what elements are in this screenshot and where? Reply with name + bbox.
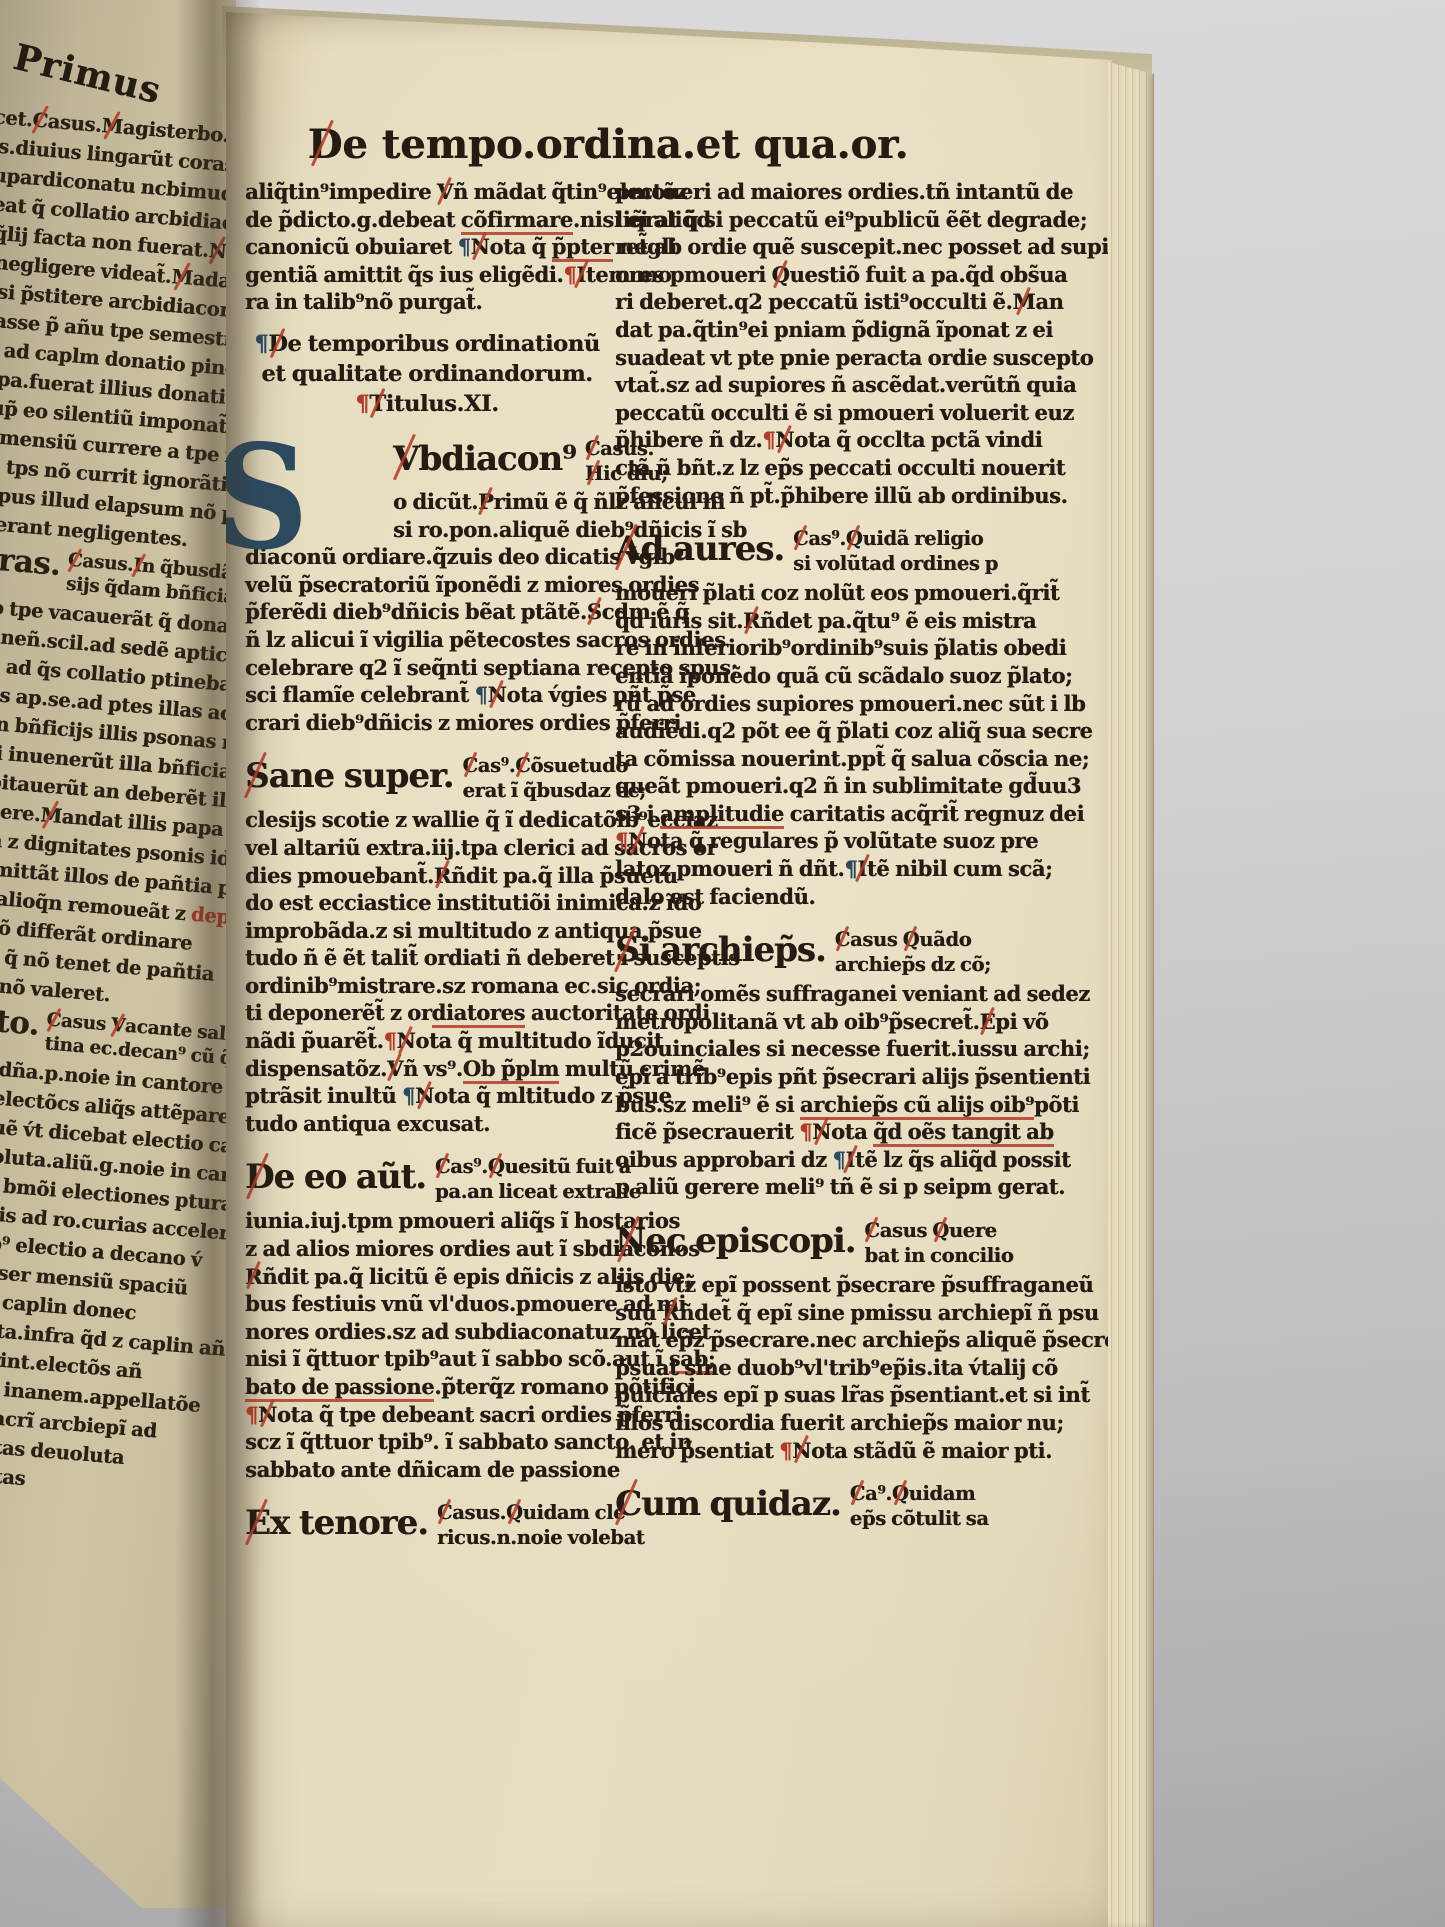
- red-slashed-capital: H: [585, 461, 603, 486]
- red-slashed-capital: R: [662, 1299, 679, 1327]
- rubric-red-mark: ¶: [355, 391, 369, 417]
- paragraph: pmoueri ad maiores ordies.tñ intantũ del…: [615, 178, 1011, 509]
- text-line: archiep̃s dz cõ;: [835, 952, 991, 977]
- text-line: isto vtz̃ epĩ possent p̃secrare p̃suffra…: [615, 1271, 1011, 1299]
- text-line: tudo ñ ẽ ẽt talit̃ ordiati ñ deberet ĩ s…: [245, 944, 609, 972]
- chapter: Si archiep̃s.Casus Quãdoarchiep̃s dz cõ;…: [615, 927, 1011, 1201]
- text-line: bus.sz meli⁹ ẽ si archiep̃s cũ alijs oib…: [615, 1091, 1011, 1119]
- red-slashed-capital: A: [615, 526, 640, 572]
- red-underlined-text: q̃d oẽs tangit ab: [873, 1119, 1054, 1147]
- rubric-blue-mark: ¶: [402, 1083, 415, 1108]
- text-line: ¶Nota q̃ tpe debeant sacri ordies p̃ferr…: [245, 1401, 609, 1429]
- red-slashed-capital: R: [245, 1263, 262, 1291]
- text-line: mero p̃sentiat ¶Nota stãdũ ẽ maior pti.: [615, 1437, 1011, 1465]
- chapter-incipit: Nec episcopi.: [615, 1218, 855, 1264]
- text-line: puiciales epĩ p suas lr̃as p̃sentiant.et…: [615, 1381, 1011, 1409]
- text-line: ricus.n.noie volebat: [437, 1525, 644, 1550]
- text-line: ores pmoueri Questiõ fuit a pa.q̃d obs̃u…: [615, 261, 1011, 289]
- red-underlined-text: archiep̃s cũ alijs oib⁹: [800, 1092, 1034, 1120]
- red-slashed-capital: Q: [892, 1481, 909, 1506]
- text-line: ret̃ ab ordie quẽ suscepit.nec posset ad…: [615, 233, 1011, 261]
- red-slashed-capital: R: [743, 607, 760, 635]
- chapter-incipit: dilecto.: [0, 998, 40, 1042]
- text-line: gentiã amittit q̃s ius eligẽdi.¶Item mo: [245, 261, 609, 289]
- red-slashed-capital: C: [67, 549, 83, 574]
- red-slashed-capital: V: [387, 1055, 403, 1083]
- chapter-incipit: Sane super.: [245, 753, 453, 799]
- left-page-text-fragments: icet.Casus.Magisterbo.cõqsus.diuius ling…: [0, 102, 236, 1506]
- red-slashed-capital: C: [615, 1481, 641, 1527]
- red-slashed-capital: M: [170, 262, 194, 293]
- text-line: ordinib⁹mistrare.sz romana ec.sic ordia;: [245, 972, 609, 1000]
- red-slashed-capital: E: [245, 1500, 270, 1546]
- text-line: ri deberet.q2 peccatũ isti⁹occulti ẽ.Man: [615, 288, 1011, 316]
- red-slashed-capital: C: [793, 526, 808, 551]
- red-slashed-capital: Q: [488, 1154, 505, 1179]
- text-line: ¶Nota q̃ regulares p̃ volũtate suoz pre: [615, 827, 1011, 855]
- red-slashed-capital: N: [628, 827, 647, 855]
- chapter-incipit: Si archiep̃s.: [615, 927, 826, 973]
- text-line: Cas⁹.Quesitũ fuit a: [435, 1154, 641, 1179]
- text-line: nãdi p̃uarẽt̃.¶Nota q̃ multitudo ĩducit: [245, 1027, 609, 1055]
- red-slashed-capital: M: [1012, 288, 1035, 316]
- text-line: secrari omẽs suffraganei veniant ad sede…: [615, 980, 1011, 1008]
- text-line: peccatũ occulti ẽ si pmoueri voluerit eu…: [615, 399, 1011, 427]
- text-line: p aliũ gerere meli⁹ tñ ẽ si p seipm gera…: [615, 1173, 1011, 1201]
- red-underlined-text: Ob p̃plm: [463, 1056, 559, 1084]
- text-line: Rñdit pa.q̃ licitũ ẽ epis dñicis z alijs…: [245, 1263, 609, 1291]
- rubric-blue-mark: ¶: [458, 234, 471, 259]
- red-slashed-capital: N: [488, 681, 507, 709]
- text-line: do est ecciastice institutiõi inimica.z …: [245, 889, 609, 917]
- chapter-incipit: tteras.: [0, 539, 62, 582]
- chapter-heading: Ad aures.Cas⁹.Quidã religiosi volũtad or…: [615, 526, 1011, 576]
- text-line: dispensatõz.Vñ vs⁹.Ob p̃plm multũ crimẽ: [245, 1055, 609, 1083]
- red-slashed-capital: C: [585, 436, 600, 461]
- text-line: p̃ferẽdi dieb⁹dñicis bẽat ptãtẽ.Scdm ẽ q…: [245, 598, 609, 626]
- text-line: nores ordies.sz ad subdiaconatuz nõ lice…: [245, 1318, 609, 1346]
- text-column-left: aliq̃tin⁹impedire Vñ mãdat q̃tin⁹electõz…: [245, 178, 609, 1563]
- casus-sidenote: Casus Querebat in concilio: [864, 1218, 1013, 1268]
- red-slashed-capital: C: [46, 1008, 62, 1033]
- chapter: De eo aũt.Cas⁹.Quesitũ fuit apa.an licea…: [245, 1154, 609, 1483]
- rubric-red-mark: ¶: [779, 1438, 792, 1463]
- red-slashed-capital: N: [415, 1082, 434, 1110]
- red-slashed-capital: D: [308, 122, 343, 168]
- text-line: rũ ad ordies supiores pmoueri.nec sũt i …: [615, 690, 1011, 718]
- text-line: suadeat vt pte pnie peracta ordie suscep…: [615, 344, 1011, 372]
- red-slashed-capital: V: [393, 436, 418, 482]
- running-header: De tempo.ordina.et qua.or.: [284, 122, 932, 168]
- red-slashed-capital: Q: [506, 1500, 523, 1525]
- text-line: mãt ep̃z p̃secrare.nec archiep̃s aliquẽ …: [615, 1326, 1011, 1354]
- red-slashed-capital: S: [587, 598, 602, 626]
- red-slashed-capital: N: [812, 1118, 831, 1146]
- text-line: ctã ñ bñt.z lz ep̃s peccati occulti noue…: [615, 454, 1011, 482]
- drop-cap-initial: S: [215, 432, 307, 564]
- red-slashed-capital: E: [979, 1008, 995, 1036]
- text-line: et qualitate ordinandorum.: [245, 359, 609, 389]
- chapter-incipit: Cum quidaz.: [615, 1481, 841, 1527]
- text-line: p̃hibere ñ dz.¶Nota q̃ occlta pctã vindi: [615, 426, 1011, 454]
- red-slashed-capital: M: [39, 800, 63, 831]
- text-line: oibus approbari dz ¶Itẽ lz q̃s aliq̃d po…: [615, 1146, 1011, 1174]
- chapter-heading: Sane super.Cas⁹.Cõsuetudoerat ĩ q̃busdaz…: [245, 753, 609, 803]
- text-line: re in inferiorib⁹ordinib⁹suis p̃latis ob…: [615, 634, 1011, 662]
- red-slashed-capital: C: [435, 1154, 450, 1179]
- text-line: suũ Rñdet̃ q̃ epĩ sine pmissu archiepĩ ñ…: [615, 1299, 1011, 1327]
- text-line: ñ lz alicui ĩ vigilia pẽtecostes sacros …: [245, 626, 609, 654]
- rubric-blue-mark: ¶: [475, 682, 488, 707]
- text-line: si ro.pon.aliquẽ dieb⁹dñicis ĩ sb: [393, 516, 609, 544]
- text-line: audiẽdi.q2 põt ee q̃ p̃lati coz aliq̃ su…: [615, 717, 1011, 745]
- red-slashed-capital: V: [110, 1014, 126, 1039]
- text-line: q̃d iuris sit.Rñdet pa.q̃tu⁹ ẽ eis mistr…: [615, 607, 1011, 635]
- text-line: dalo est faciendũ.: [615, 883, 1011, 911]
- chapter-heading: Cum quidaz.Ca⁹.Quidamep̃s cõtulit sa: [615, 1481, 1011, 1531]
- chapter-incipit: Ad aures.: [615, 526, 784, 572]
- red-underlined-text: diatores: [432, 1000, 525, 1028]
- chapter-heading: Nec episcopi.Casus Querebat in concilio: [615, 1218, 1011, 1268]
- text-line: metropolitanã vt ab oib⁹p̃secret̃.Epi võ: [615, 1008, 1011, 1036]
- red-slashed-capital: C: [437, 1500, 452, 1525]
- paragraph: aliq̃tin⁹impedire Vñ mãdat q̃tin⁹electõz…: [245, 178, 609, 316]
- text-line: illos discordia fuerit archiep̃s maior n…: [615, 1409, 1011, 1437]
- casus-sidenote: Cas⁹.Quidã religiosi volũtad ordines p: [793, 526, 998, 576]
- text-line: vtat̃.sz ad supiores ñ ascẽdat.verũtñ qu…: [615, 371, 1011, 399]
- red-slashed-capital: C: [835, 927, 850, 952]
- text-line: sabbato ante dñicam de passione: [245, 1456, 609, 1484]
- text-line: Cas⁹.Quidã religio: [793, 526, 998, 551]
- red-underlined-text: cõfirmare: [461, 207, 573, 235]
- red-slashed-capital: Q: [772, 261, 790, 289]
- red-slashed-capital: I: [132, 554, 142, 579]
- text-line: tudo antiqua excusat.: [245, 1110, 609, 1138]
- text-line: p̃suat sine duob⁹vl'trib⁹ep̃is.ita v́tal…: [615, 1354, 1011, 1382]
- text-line: z ad alios miores ordies aut ĩ sbdiacono…: [245, 1235, 609, 1263]
- red-slashed-capital: N: [615, 1218, 645, 1264]
- chapter-heading: Si archiep̃s.Casus Quãdoarchiep̃s dz cõ;: [615, 927, 1011, 977]
- text-line: de p̃dicto.g.debeat cõfirmare.nisi ei al…: [245, 206, 609, 234]
- red-slashed-capital: Q: [846, 526, 863, 551]
- red-underlined-text: bato de passione: [245, 1374, 434, 1402]
- red-slashed-capital: C: [31, 105, 49, 135]
- text-line: nisi ĩ q̃ttuor tpib⁹aut ĩ sabbo scõ.aut …: [245, 1345, 609, 1373]
- red-slashed-capital: N: [258, 1401, 277, 1429]
- text-line: p2ouinciales si necesse fuerit.iussu arc…: [615, 1035, 1011, 1063]
- red-slashed-capital: I: [845, 1146, 854, 1174]
- chapter-heading: Ex tenore.Casus.Quidam clericus.n.noie v…: [245, 1500, 609, 1550]
- text-line: ep̃s cõtulit sa: [850, 1506, 989, 1531]
- text-line: aliq̃tin⁹impedire Vñ mãdat q̃tin⁹electõz: [245, 178, 609, 206]
- text-line: celebrare q2 ĩ seq̃nti septiana recepto …: [245, 654, 609, 682]
- red-slashed-capital: D: [268, 329, 287, 359]
- text-line: p̃fessione ñ pt̃.p̃hibere illũ ab ordini…: [615, 482, 1011, 510]
- text-line: Ca⁹.Quidam: [850, 1481, 989, 1506]
- red-slashed-capital: S: [245, 753, 269, 799]
- rubric-red-mark: ¶: [245, 1402, 258, 1427]
- text-line: dat pa.q̃tin⁹ei pniam p̃dignã ĩponat z e…: [615, 316, 1011, 344]
- text-line: entiã ĩponẽdo quã cũ scãdalo suoz p̃lato…: [615, 662, 1011, 690]
- rubric-red-mark: ¶: [762, 427, 775, 452]
- red-slashed-capital: N: [792, 1437, 811, 1465]
- titulus-heading: ¶De temporibus ordinationũet qualitate o…: [245, 329, 609, 419]
- red-slashed-capital: Q: [903, 927, 920, 952]
- red-slashed-capital: R: [434, 862, 451, 890]
- chapter: Ad aures.Cas⁹.Quidã religiosi volũtad or…: [615, 526, 1011, 910]
- text-line: scz ĩ q̃ttuor tpib⁹. ĩ sabbato sancto. e…: [245, 1428, 609, 1456]
- text-column-right: pmoueri ad maiores ordies.tñ intantũ del…: [615, 178, 1011, 1544]
- red-slashed-capital: T: [369, 389, 385, 419]
- chapter: Ex tenore.Casus.Quidam clericus.n.noie v…: [245, 1500, 609, 1550]
- text-line: iunia.iuj.tpm pmoueri aliq̃s ĩ hostarios: [245, 1207, 609, 1235]
- text-line: ra in talib⁹nõ purgat̃.: [245, 288, 609, 316]
- left-page: Primus icet.Casus.Magisterbo.cõqsus.diui…: [0, 0, 236, 1908]
- red-slashed-capital: C: [515, 753, 530, 778]
- text-line: pa.an liceat extra ie: [435, 1179, 641, 1204]
- red-slashed-capital: M: [100, 111, 124, 142]
- text-line: clesijs scotie z wallie q̃ ĩ dedicatõib⁹…: [245, 806, 609, 834]
- text-line: queãt pmoueri.q2 ñ in sublimitate gd̃uu3: [615, 772, 1011, 800]
- red-slashed-capital: C: [864, 1218, 879, 1243]
- chapter: SVbdiacon⁹Casus.Hic diu;o dicũt.Primũ ẽ …: [245, 436, 609, 736]
- red-slashed-capital: D: [245, 1154, 273, 1200]
- text-line: bato de passione.p̃terq̃z romano põtific…: [245, 1373, 609, 1401]
- red-slashed-capital: N: [208, 236, 228, 266]
- casus-sidenote: Cas⁹.Quesitũ fuit apa.an liceat extra ie: [435, 1154, 641, 1204]
- red-slashed-capital: I: [576, 261, 585, 289]
- right-page: De tempo.ordina.et qua.or. aliq̃tin⁹impe…: [226, 0, 1112, 1927]
- text-line: moueri p̃lati coz nolũt eos pmoueri.q̃ri…: [615, 579, 1011, 607]
- left-page-content: Primus icet.Casus.Magisterbo.cõqsus.diui…: [0, 26, 236, 1505]
- text-line: Casus.Quidam cle: [437, 1500, 644, 1525]
- text-line: crari dieb⁹dñicis z miores ordies p̃ferr…: [245, 709, 609, 737]
- chapter: Sane super.Cas⁹.Cõsuetudoerat ĩ q̃busdaz…: [245, 753, 609, 1137]
- text-line: ta cõmissa nouerint.ppt̃ q̃ salua cõscia…: [615, 745, 1011, 773]
- text-line: dies pmouebant̃.Rñdit pa.q̃ illa p̃suetu: [245, 862, 609, 890]
- text-line: s3 i amplitudie caritatis acq̃rit̃ regnu…: [615, 800, 1011, 828]
- text-line: liq̃rat q̃ si peccatũ ei⁹publicũ ẽẽt deg…: [615, 206, 1011, 234]
- text-line: latoz pmoueri ñ dñt.¶Itẽ nibil cum scã;: [615, 855, 1011, 883]
- text-line: pmoueri ad maiores ordies.tñ intantũ de: [615, 178, 1011, 206]
- red-slashed-capital: Q: [932, 1218, 949, 1243]
- text-line: vel altariũ extra.iij.tpa clerici ad sac…: [245, 834, 609, 862]
- text-line: bat in concilio: [864, 1243, 1013, 1268]
- fore-edge-pages: [1108, 0, 1154, 1927]
- text-line: epi a trib⁹epis pñt p̃secrari alijs p̃se…: [615, 1063, 1011, 1091]
- rubric-blue-mark: ¶: [254, 331, 268, 357]
- casus-sidenote: Casus Quãdoarchiep̃s dz cõ;: [835, 927, 991, 977]
- text-line: ¶De temporibus ordinationũ: [245, 329, 609, 359]
- chapter-incipit: Vbdiacon⁹: [393, 436, 576, 482]
- red-slashed-capital: C: [462, 753, 477, 778]
- chapter-heading: De eo aũt.Cas⁹.Quesitũ fuit apa.an licea…: [245, 1154, 609, 1204]
- text-line: o dicũt.Primũ ẽ q̃ ñlz alicui ni: [393, 488, 609, 516]
- red-slashed-capital: V: [437, 178, 453, 206]
- text-line: ti deponerẽt̃ z ordiatores auctoritate o…: [245, 999, 609, 1027]
- rubric-red-mark: ¶: [799, 1119, 812, 1144]
- red-slashed-capital: N: [471, 233, 490, 261]
- red-slashed-capital: I: [857, 855, 866, 883]
- rubric-red-mark: ¶: [383, 1028, 396, 1053]
- text-line: Casus Quãdo: [835, 927, 991, 952]
- red-underlined-text: amplitudie: [660, 801, 784, 829]
- chapter: Nec episcopi.Casus Querebat in concilioi…: [615, 1218, 1011, 1464]
- chapter-incipit: De eo aũt.: [245, 1154, 426, 1200]
- casus-sidenote: Casus.Quidam clericus.n.noie volebat: [437, 1500, 644, 1550]
- red-slashed-capital: C: [850, 1481, 865, 1506]
- red-underlined-text: p̃pter: [552, 234, 614, 262]
- text-line: bus festiuis vnũ vl'duos.pmouere ad mi: [245, 1290, 609, 1318]
- text-line: si volũtad ordines p: [793, 551, 998, 576]
- red-slashed-capital: S: [615, 927, 639, 973]
- rubric-red-mark: ¶: [615, 828, 628, 853]
- casus-sidenote: Ca⁹.Quidamep̃s cõtulit sa: [850, 1481, 989, 1531]
- red-slashed-capital: N: [775, 426, 794, 454]
- text-line: sci flamĩe celebrant̃ ¶Nota v́gies pñt p…: [245, 681, 609, 709]
- text-line: canonicũ obuiaret ¶Nota q̃ p̃pter negli: [245, 233, 609, 261]
- chapter: Cum quidaz.Ca⁹.Quidamep̃s cõtulit sa: [615, 1481, 1011, 1531]
- text-line: ptrãsit inultũ ¶Nota q̃ mltitudo z p̃sue: [245, 1082, 609, 1110]
- chapter-heading: Vbdiacon⁹Casus.Hic diu;: [393, 436, 609, 486]
- text-line: Casus Quere: [864, 1218, 1013, 1243]
- text-line: ficẽ p̃secrauerit ¶Nota q̃d oẽs tangit a…: [615, 1118, 1011, 1146]
- red-slashed-capital: N: [396, 1027, 415, 1055]
- chapter-incipit: Ex tenore.: [245, 1500, 428, 1546]
- red-slashed-capital: P: [478, 488, 493, 516]
- photo-backdrop: Primus icet.Casus.Magisterbo.cõqsus.diui…: [0, 0, 1445, 1927]
- text-line: improbãda.z si multitudo z antiqua p̃sue: [245, 917, 609, 945]
